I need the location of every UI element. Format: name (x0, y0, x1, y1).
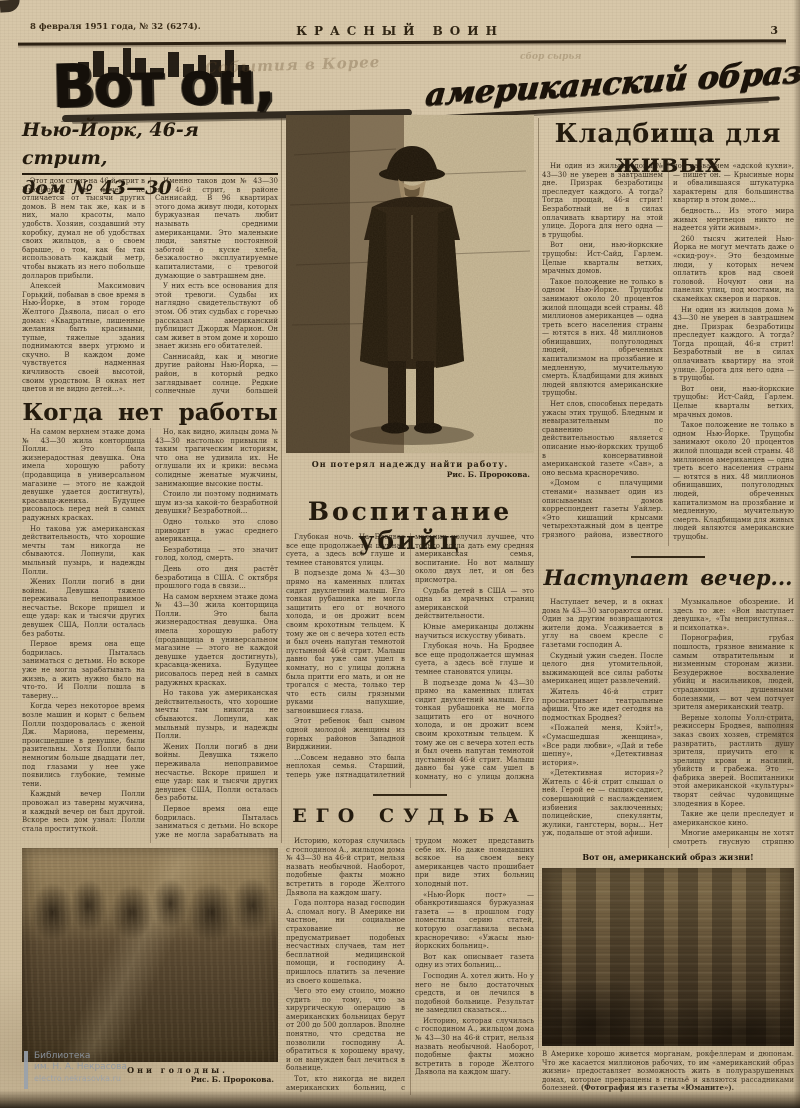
newspaper-masthead: КРАСНЫЙ ВОИН (0, 24, 800, 38)
article-paragraph: Такое положение не только в одном Нью-Йо… (542, 278, 663, 398)
article-paragraph: Вот они, нью-йоркские трущобы: Ист-Сайд,… (673, 385, 794, 419)
article-paragraph: Жених Полли погиб в дни войны. Девушка т… (155, 743, 278, 803)
article-paragraph: Глубокая ночь. На Бродвее все еще продол… (415, 642, 534, 676)
photo-hungry-people (22, 848, 278, 1062)
article-paragraph: «Детективная история»? Житель с 46-й стр… (542, 769, 663, 838)
article-paragraph: 260 тысяч жителей Нью-Йорка не могут меч… (673, 235, 794, 304)
article-body-cemeteries: Ни один из жильцов дома № 43—30 не увере… (542, 162, 794, 546)
article-paragraph: Глубокая ночь. На Бродвее все еще продол… (286, 533, 405, 567)
article-body-upbringing: Глубокая ночь. На Бродвее все еще продол… (286, 533, 534, 788)
article-paragraph: Господин А. хотел жить. Но у него не был… (415, 972, 534, 1015)
article-paragraph: «Пожалей меня, Кэйт!», «Сумасшедшая женщ… (542, 724, 663, 767)
photo-slums-caption: В Америке хорошо живется морганам, рокфе… (542, 1050, 794, 1093)
article-paragraph: Музыкальное обозрение. И здесь то же: «В… (673, 598, 794, 632)
article-paragraph: Стоило ли поэтому поднимать шум из-за ка… (155, 490, 278, 516)
article-paragraph: Вот как описывает газета одну из этих бо… (415, 953, 534, 970)
article-paragraph: Верные холопы Уолл-стрита, режиссеры Бро… (673, 714, 794, 809)
newspaper-page: 8 февраля 1951 года, № 32 (6274). КРАСНЫ… (0, 0, 800, 1108)
article-title-evening: Наступает вечер... (542, 565, 794, 590)
header-rule (18, 39, 786, 45)
scan-corner-mark (0, 0, 20, 13)
article-paragraph: Вот они, нью-йоркские трущобы: Ист-Сайд,… (542, 241, 663, 275)
article-paragraph: Такие же цели преследует и американское … (673, 810, 794, 827)
drawing-credit: Рис. Б. Пророкова. (286, 470, 534, 479)
banner-headline-bold: Вот он, (51, 48, 274, 122)
watermark-line2: им. Н. А. Некрасова (34, 1062, 127, 1073)
page-number: 3 (770, 24, 778, 37)
article-title-his-fate: ЕГО СУДЬБА (286, 805, 534, 827)
article-paragraph: Порнография, грубая пошлость, грязное вн… (673, 634, 794, 711)
article-closing-line: Вот он, американский образ жизни! (542, 852, 794, 862)
article-paragraph: Но, как видно, жильцы дома № 43—30 насто… (155, 428, 278, 488)
article-paragraph: Ни один из жильцов дома № 43—30 не увере… (542, 162, 663, 239)
article-paragraph: Года полтора назад господин А. сломал но… (286, 899, 405, 985)
article-paragraph: День ото дня растёт безработица в США. С… (155, 565, 278, 591)
article-body-newyork: Этот дом стоит на 46-й стрит в Нью-Йорке… (22, 177, 278, 397)
article-paragraph: Когда через некоторое время возле машин … (22, 702, 145, 788)
article-paragraph: Первое время она еще бодрилась. Пыталась… (22, 640, 145, 700)
article-paragraph: Юные американцы должны научиться искусст… (415, 623, 534, 640)
article-paragraph: Историю, которая случилась с господином … (286, 837, 405, 897)
scan-bottom-shadow (0, 1090, 800, 1108)
article-paragraph: Именно таков дом № 43—30 на 46-й стрит, … (155, 177, 278, 280)
article-paragraph: Каждый вечер Полли провожал из таверны м… (22, 790, 145, 833)
section-rule (373, 794, 447, 796)
photo-slum-buildings (542, 868, 794, 1046)
article-paragraph: Безработица — это значит голод, холод, с… (155, 546, 278, 563)
article-paragraph: Историю, которая случилась с господином … (415, 1017, 534, 1077)
article-paragraph: Скудный ужин съеден. После целого дня ут… (542, 652, 663, 686)
article-paragraph: На самом верхнем этаже дома № 43—30 жила… (22, 428, 145, 523)
drawing-unemployed-man (286, 115, 534, 453)
article-paragraph: Наступает вечер, и в окнах дома № 43—30 … (542, 598, 663, 650)
article-paragraph: Судьба детей в США — это одна из мрачных… (415, 587, 534, 621)
prorokov-drawing-svg (286, 115, 534, 453)
section-rule (631, 556, 705, 558)
article-body-his-fate: Историю, которая случилась с господином … (286, 837, 534, 1095)
article-body-evening: Наступает вечер, и в окнах дома № 43—30 … (542, 598, 794, 848)
article-paragraph: Одно только это слово приводит в ужас ср… (155, 518, 278, 544)
article-paragraph: На самом верхнем этаже дома № 43—30 жила… (155, 593, 278, 688)
library-watermark: Библиотека им. Н. А. Некрасова electro.n… (24, 1051, 127, 1089)
watermark-url: electro.nekrasovka.ru (34, 1073, 127, 1084)
article-paragraph: Чего это ему стоило, можно судить по том… (286, 987, 405, 1073)
article-paragraph: Алексей Максимович Горький, побывав в св… (22, 282, 145, 394)
article-paragraph: «Нью-Йорк пост» — обанкротившаяся буржуа… (415, 891, 534, 951)
scan-edge-shadow (793, 0, 800, 1108)
watermark-line1: Библиотека (34, 1051, 127, 1062)
column-divider (281, 118, 282, 843)
banner-headline-script: американский образ жизни (424, 55, 799, 114)
watermark-bar-icon (24, 1051, 28, 1089)
showthrough-text: сбор сырья (520, 52, 581, 62)
article-paragraph: Житель 46-й стрит просматривает театраль… (542, 688, 663, 722)
article-paragraph: Нет слов, способных передать ужасы этих … (542, 400, 663, 477)
article-paragraph: бедность... Из этого мира живых мертвецо… (673, 207, 794, 233)
article-paragraph: Но такова уж американская действительнос… (22, 525, 145, 577)
article-paragraph: В подъезде дома № 43—30 прямо на каменны… (286, 569, 405, 715)
article-body-no-work: На самом верхнем этаже дома № 43—30 жила… (22, 428, 278, 843)
center-column: Он потерял надежду найти работу. Рис. Б.… (286, 115, 534, 1100)
drawing-caption: Он потерял надежду найти работу. (286, 459, 534, 469)
article-paragraph: Этот дом стоит на 46-й стрит в Нью-Йорке… (22, 177, 145, 280)
right-column: Кладбища для живых Ни один из жильцов до… (542, 115, 794, 1090)
column-divider (538, 118, 539, 1048)
article-paragraph: Но такова уж американская действительнос… (155, 689, 278, 741)
article-paragraph: У них есть все основания для этой тревог… (155, 282, 278, 351)
left-column: Нью-Йорк, 46-я стрит, дом № 43—30 Этот д… (22, 115, 278, 1090)
article-paragraph: Ни один из жильцов дома № 43—30 не увере… (673, 306, 794, 383)
article-paragraph: Этот ребенок был сыном одной молодой жен… (286, 717, 405, 751)
article-paragraph: Жених Полли погиб в дни войны. Девушка т… (22, 578, 145, 638)
article-title-no-work: Когда нет работы (22, 399, 278, 426)
article-paragraph: Такое положение не только в одном Нью-Йо… (673, 421, 794, 541)
